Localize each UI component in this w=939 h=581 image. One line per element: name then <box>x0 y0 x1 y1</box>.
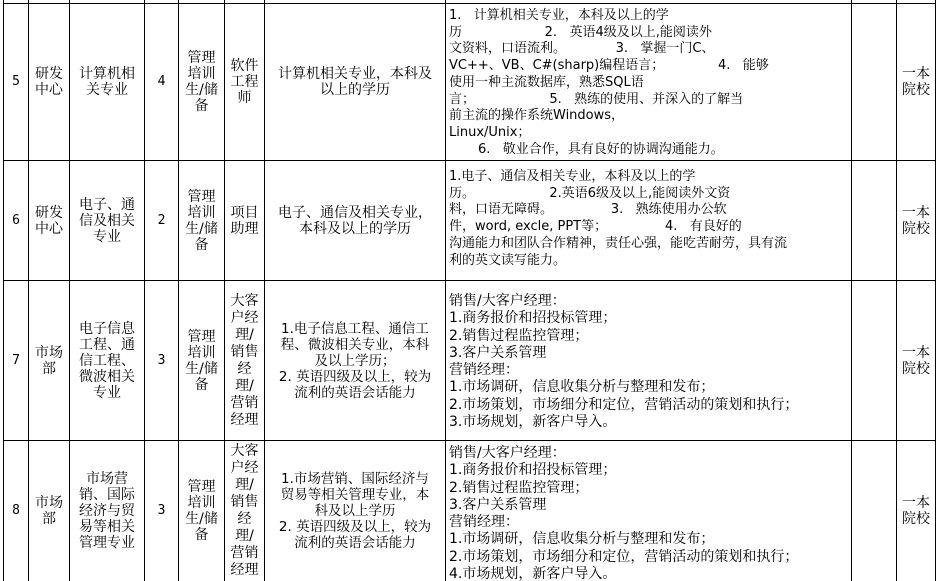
cell-education: 计算机相关专业，本科及 以上的学历 <box>265 4 445 160</box>
cell-no: 6 <box>4 161 28 280</box>
cell-school: 一本 院校 <box>897 161 935 280</box>
cell-major: 市场营 销、国际 经济与贸 易等相关 管理专业 <box>70 441 144 581</box>
cell-count: 3 <box>145 441 178 581</box>
cell-education: 电子、通信及相关专业， 本科及以上的学历 <box>265 161 445 280</box>
cell-no: 5 <box>4 4 28 160</box>
cell-education: 1.电子信息工程、通信工 程、微波相关专业，本科 及以上学历； 2. 英语四级及… <box>265 281 445 440</box>
cell-category: 管理 培训 生/储 备 <box>179 441 224 581</box>
column-border <box>935 0 936 581</box>
recruitment-table: 5 研发 中心 计算机相 关专业 4 管理 培训 生/储 备 软件 工程 师 计… <box>0 0 939 581</box>
cell-no: 8 <box>4 441 28 581</box>
cell-dept: 研发 中心 <box>29 4 69 160</box>
cell-school: 一本 院校 <box>897 281 935 440</box>
cell-requirements: 1.电子、通信及相关专业，本科及以上的学 历。 2.英语6级及以上,能阅读外文资… <box>446 161 851 280</box>
cell-major: 计算机相 关专业 <box>70 4 144 160</box>
cell-school: 一本 院校 <box>897 441 935 581</box>
cell-dept: 市场 部 <box>29 281 69 440</box>
cell-major: 电子信息 工程、通 信工程、 微波相关 专业 <box>70 281 144 440</box>
cell-note <box>852 441 896 581</box>
cell-position: 软件 工程 师 <box>225 4 264 160</box>
cell-category: 管理 培训 生/储 备 <box>179 281 224 440</box>
cell-major: 电子、通 信及相关 专业 <box>70 161 144 280</box>
cell-count: 3 <box>145 281 178 440</box>
cell-position: 大客 户经 理/ 销售 经 理/ 营销 经理 <box>225 281 264 440</box>
cell-count: 2 <box>145 161 178 280</box>
cell-count: 4 <box>145 4 178 160</box>
cell-position: 大客 户经 理/ 销售 经 理/ 营销 经理 <box>225 441 264 581</box>
cell-requirements: 销售/大客户经理： 1.商务报价和招投标管理； 2.销售过程监控管理； 3.客户… <box>446 281 851 440</box>
cell-requirements: 销售/大客户经理： 1.商务报价和招投标管理； 2.销售过程监控管理； 3.客户… <box>446 441 851 581</box>
cell-school: 一本 院校 <box>897 4 935 160</box>
cell-position: 项目 助理 <box>225 161 264 280</box>
cell-requirements: 1. 计算机相关专业，本科及以上的学 历 2. 英语4级及以上,能阅读外 文资料… <box>446 4 851 160</box>
cell-no: 7 <box>4 281 28 440</box>
cell-note <box>852 4 896 160</box>
cell-category: 管理 培训 生/储 备 <box>179 161 224 280</box>
cell-education: 1.市场营销、国际经济与 贸易等相关管理专业，本 科及以上学历 2. 英语四级及… <box>265 441 445 581</box>
cell-note <box>852 161 896 280</box>
cell-note <box>852 281 896 440</box>
cell-dept: 市场 部 <box>29 441 69 581</box>
cell-category: 管理 培训 生/储 备 <box>179 4 224 160</box>
cell-dept: 研发 中心 <box>29 161 69 280</box>
